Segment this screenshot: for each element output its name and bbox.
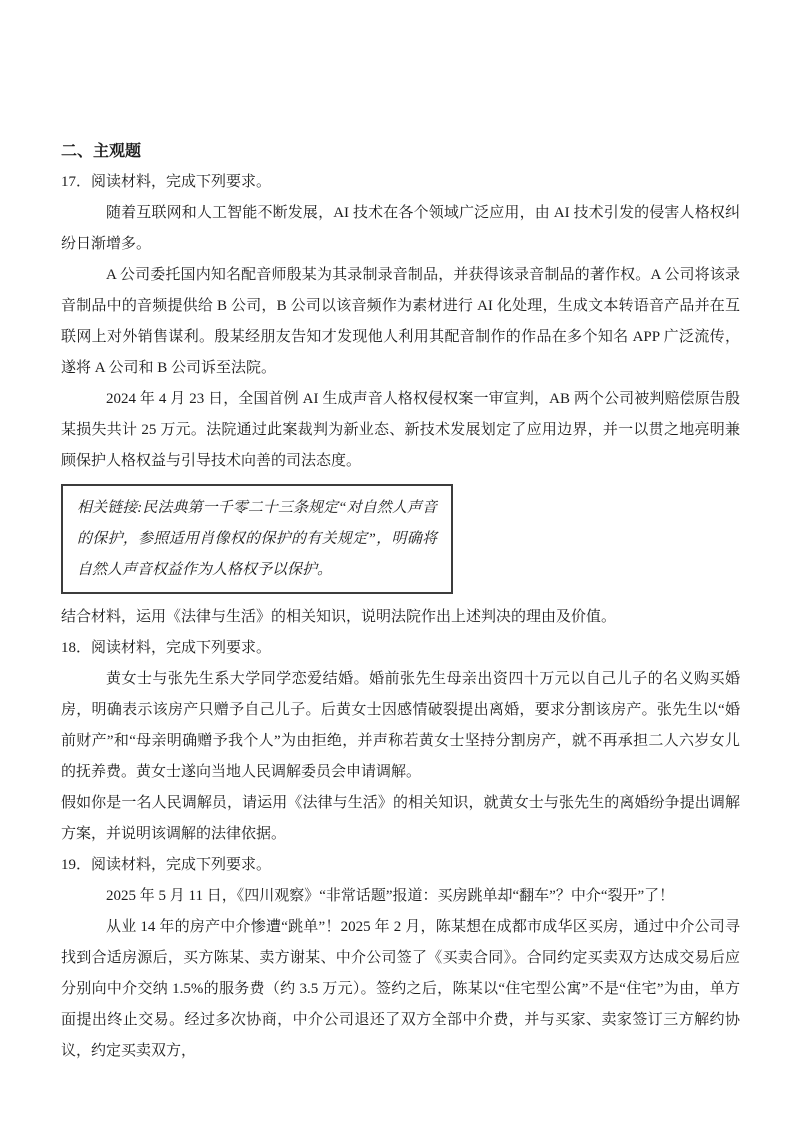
question-17-header: 17．阅读材料，完成下列要求。 (61, 167, 740, 198)
question-18-header: 18．阅读材料，完成下列要求。 (61, 633, 740, 664)
exam-document-page: 二、主观题 17．阅读材料，完成下列要求。 随着互联网和人工智能不断发展，AI … (0, 0, 800, 1131)
q17-task: 结合材料，运用《法律与生活》的相关知识，说明法院作出上述判决的理由及价值。 (61, 602, 740, 633)
q19-paragraph-news: 2025 年 5 月 11 日，《四川观察》“非常话题”报道：买房跳单却“翻车”… (61, 881, 740, 912)
q18-paragraph-case: 黄女士与张先生系大学同学恋爱结婚。婚前张先生母亲出资四十万元以自己儿子的名义购买… (61, 664, 740, 788)
question-19-header: 19．阅读材料，完成下列要求。 (61, 850, 740, 881)
q19-paragraph-case: 从业 14 年的房产中介惨遭“跳单”！2025 年 2 月，陈某想在成都市成华区… (61, 912, 740, 1067)
q17-paragraph-case: A 公司委托国内知名配音师殷某为其录制录音制品，并获得该录音制品的著作权。A 公… (61, 260, 740, 384)
section-heading: 二、主观题 (61, 136, 740, 167)
q17-paragraph-verdict: 2024 年 4 月 23 日，全国首例 AI 生成声音人格权侵权案一审宣判，A… (61, 384, 740, 477)
q18-task: 假如你是一名人民调解员，请运用《法律与生活》的相关知识，就黄女士与张先生的离婚纷… (61, 788, 740, 850)
related-link-box: 相关链接:民法典第一千零二十三条规定“对自然人声音的保护，参照适用肖像权的保护的… (61, 484, 453, 594)
q17-paragraph-intro: 随着互联网和人工智能不断发展，AI 技术在各个领域广泛应用，由 AI 技术引发的… (61, 198, 740, 260)
